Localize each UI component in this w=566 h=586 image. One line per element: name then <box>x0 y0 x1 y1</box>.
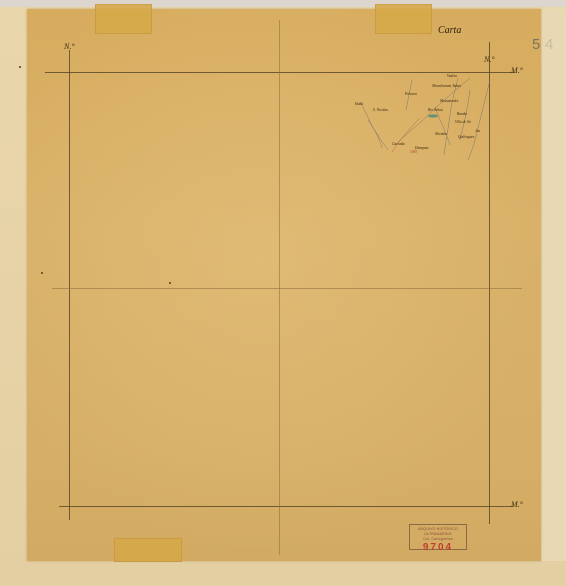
sketch-label: S. Nicolau <box>373 108 388 112</box>
grid-line-horizontal-center <box>52 288 522 289</box>
sheet-margin-right <box>541 9 566 561</box>
sheet-number: 5 <box>532 36 540 53</box>
paper-speck <box>169 282 171 284</box>
sketch-label: Jau <box>475 129 480 133</box>
tape-top-right <box>375 4 432 34</box>
grid-label-top-left: N.° <box>64 42 75 51</box>
grid-line-bottom <box>59 506 513 507</box>
sketch-label: Quilengues <box>458 135 475 139</box>
sketch-label: Mossamedes <box>439 99 459 103</box>
tape-bottom-left <box>114 538 182 562</box>
sketch-label: Caconda <box>392 142 405 146</box>
sketch-date-note: 1883 <box>410 150 417 154</box>
sketch-map: Vadeia Nhandwanna Tabua Mossamedes S. Ni… <box>340 60 500 170</box>
tape-top-left <box>95 4 152 34</box>
sketch-label: Nhandwanna Tabua <box>431 84 461 88</box>
paper-speck <box>19 66 21 68</box>
grid-label-bottom-right: M.° <box>511 500 523 509</box>
archive-stamp: ARQUIVO HISTÓRICO ULTRAMARINO Col. Carto… <box>409 524 467 550</box>
scan-top-edge <box>0 0 566 7</box>
sketch-label: Vadeia <box>447 74 457 78</box>
sketch-label: Huila <box>354 102 363 106</box>
paper-speck <box>41 272 43 274</box>
sketch-label: Villa de Sá <box>455 120 471 124</box>
sketch-label: Nhemba <box>434 132 447 136</box>
map-title: Carta <box>438 25 461 36</box>
stamp-number: 9704 <box>410 542 466 553</box>
grid-line-left <box>69 50 70 520</box>
sketch-label: Palanca <box>404 92 417 96</box>
sketch-label: Bumbo <box>457 112 467 116</box>
grid-label-right-top: M.° <box>511 66 523 75</box>
stamp-archive-name: ARQUIVO HISTÓRICO ULTRAMARINO <box>410 527 466 537</box>
sheet-number-ghost: 4 <box>545 36 553 53</box>
sketch-label: Rio Tabua <box>427 108 443 112</box>
